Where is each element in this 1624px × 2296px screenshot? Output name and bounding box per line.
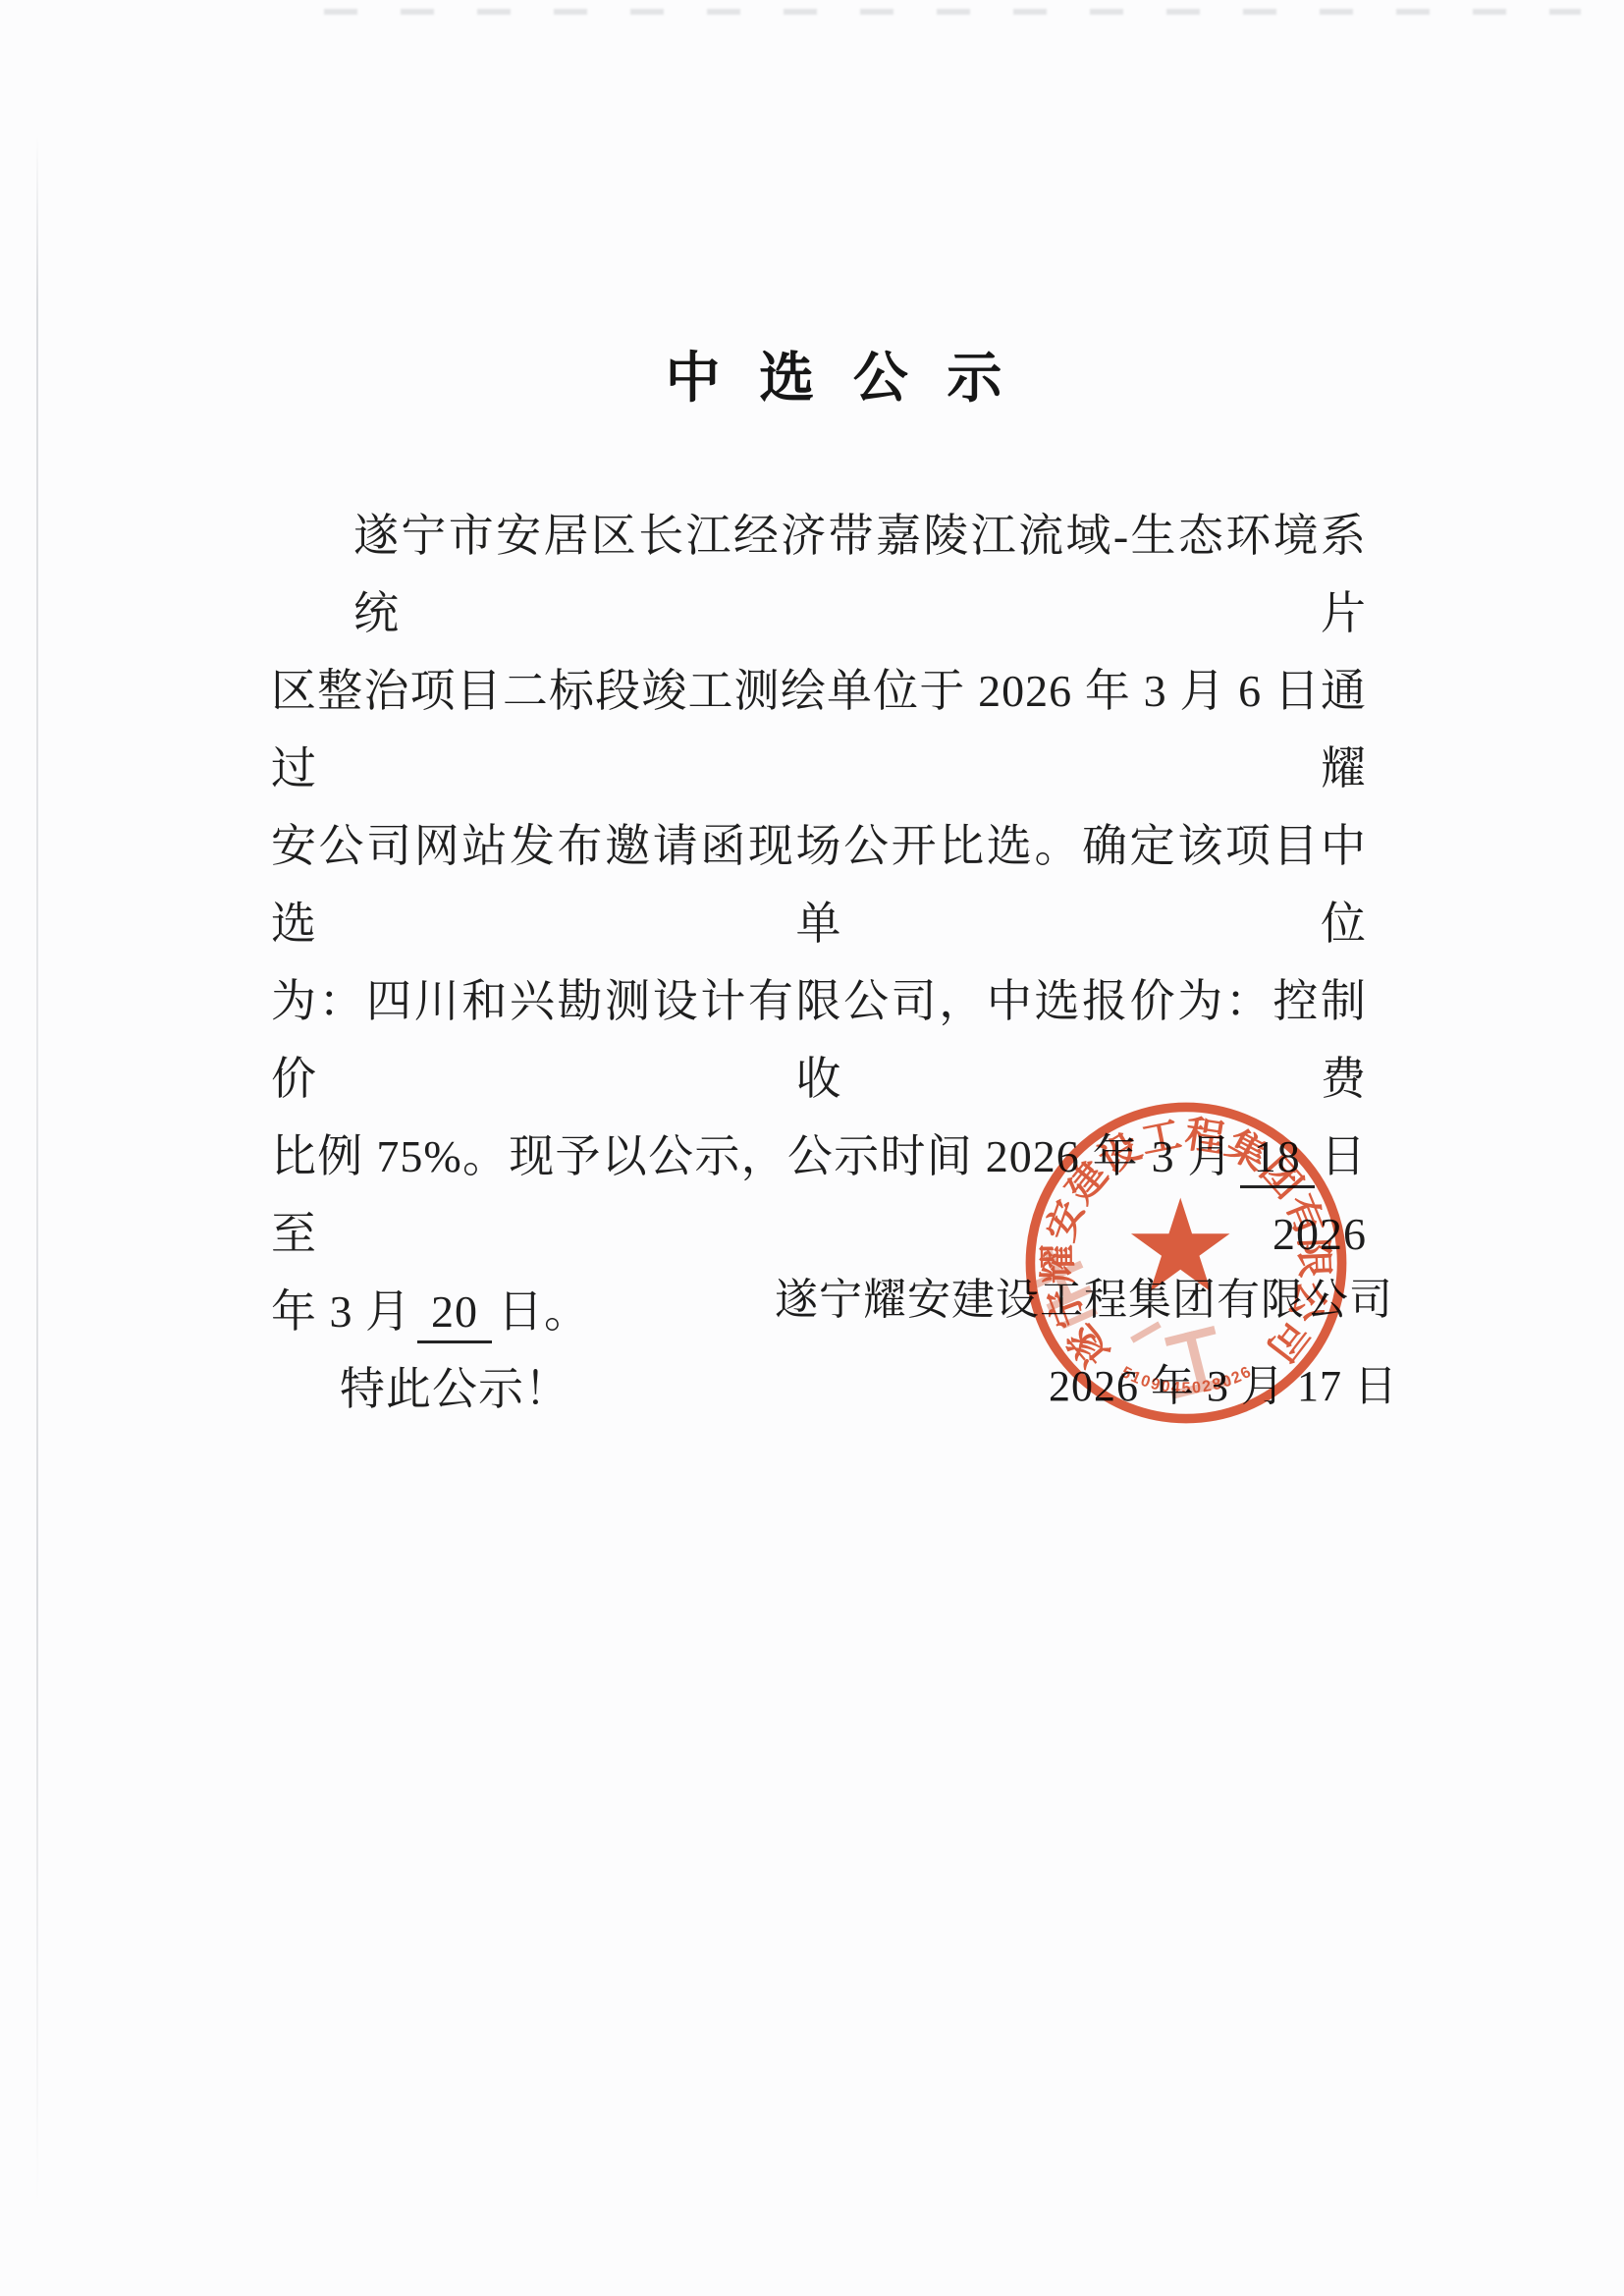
seal-star-icon	[1131, 1198, 1230, 1292]
body-line-1: 遂宁市安居区长江经济带嘉陵江流域-生态环境系统片	[271, 497, 1367, 652]
page-title: 中 选 公 示	[27, 346, 1624, 410]
body-line-2: 区整治项目二标段竣工测绘单位于 2026 年 3 月 6 日通过耀	[271, 652, 1367, 807]
scanned-document-page: 中 选 公 示 遂宁市安居区长江经济带嘉陵江流域-生态环境系统片 区整治项目二标…	[0, 0, 1624, 2296]
body-line-6-tail: 日。	[498, 1286, 590, 1337]
scan-top-smudge-artifact	[324, 9, 1581, 15]
body-line-3: 安公司网站发布邀请函现场公开比选。确定该项目中选单位	[271, 807, 1367, 962]
scan-line-artifact	[36, 136, 38, 2208]
body-line-6-text: 年 3 月	[271, 1286, 411, 1337]
company-seal: 遂宁耀安建设工程集团有限公司 5109045028026	[1016, 1093, 1356, 1433]
underlined-end-day: 20	[417, 1284, 492, 1343]
